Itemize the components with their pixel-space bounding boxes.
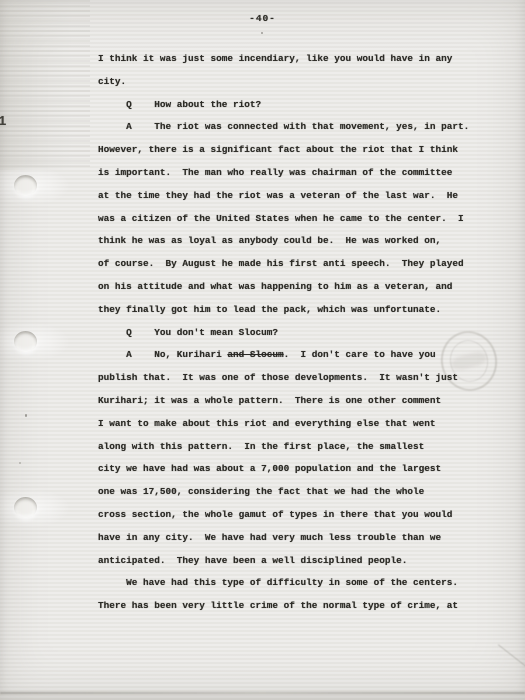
text-segment: is important. The man who really was cha…	[98, 167, 452, 178]
text-segment: have in any city. We have had very much …	[98, 532, 441, 543]
paper-bottom-edge	[0, 692, 525, 694]
text-segment: cross section, the whole gamut of types …	[98, 509, 452, 520]
text-line: on his attitude and what was happening t…	[98, 276, 498, 299]
text-segment: of course. By August he made his first a…	[98, 258, 464, 269]
text-line: think he was as loyal as anybody could b…	[98, 230, 498, 253]
page-number: -40-	[0, 13, 525, 24]
text-line: publish that. It was one of those develo…	[98, 367, 498, 390]
text-segment: think he was as loyal as anybody could b…	[98, 235, 441, 246]
margin-annotation: 1	[0, 114, 6, 130]
text-line: have in any city. We have had very much …	[98, 527, 498, 550]
text-segment: publish that. It was one of those develo…	[98, 372, 458, 383]
text-line: they finally got him to lead the pack, w…	[98, 299, 498, 322]
text-line: anticipated. They have been a well disci…	[98, 550, 498, 573]
text-segment: one was 17,500, considering the fact tha…	[98, 486, 424, 497]
text-line: of course. By August he made his first a…	[98, 253, 498, 276]
text-segment: Q You don't mean Slocum?	[98, 327, 278, 338]
text-line: cross section, the whole gamut of types …	[98, 504, 498, 527]
scanned-document-page: -40- 1 I think it was just some incendia…	[0, 0, 525, 700]
text-segment: along with this pattern. In the first pl…	[98, 441, 424, 452]
text-line: Q How about the riot?	[98, 94, 498, 117]
paper-crease	[498, 644, 525, 680]
text-line: Kurihari; it was a whole pattern. There …	[98, 390, 498, 413]
text-line: There has been very little crime of the …	[98, 595, 498, 618]
text-segment: There has been very little crime of the …	[98, 600, 458, 611]
ink-speck	[19, 462, 21, 464]
text-segment: they finally got him to lead the pack, w…	[98, 304, 441, 315]
text-segment: Q How about the riot?	[98, 99, 261, 110]
text-segment: city we have had was about a 7,000 popul…	[98, 463, 441, 474]
text-line: I want to make about this riot and every…	[98, 413, 498, 436]
embossed-punch-hole	[14, 175, 37, 196]
text-line: However, there is a significant fact abo…	[98, 139, 498, 162]
text-line: one was 17,500, considering the fact tha…	[98, 481, 498, 504]
text-line: along with this pattern. In the first pl…	[98, 436, 498, 459]
text-segment: However, there is a significant fact abo…	[98, 144, 458, 155]
text-segment: at the time they had the riot was a vete…	[98, 190, 458, 201]
struck-text: and Slocum	[227, 349, 283, 360]
paper-edge-texture	[0, 0, 90, 170]
text-segment: Kurihari; it was a whole pattern. There …	[98, 395, 441, 406]
embossed-punch-hole	[14, 497, 37, 518]
ink-speck	[25, 414, 27, 417]
text-line: A No, Kurihari and Slocum. I don't care …	[98, 344, 498, 367]
text-segment: We have had this type of difficulty in s…	[98, 577, 458, 588]
text-segment: . I don't care to have you	[284, 349, 436, 360]
text-line: at the time they had the riot was a vete…	[98, 185, 498, 208]
text-segment: city.	[98, 76, 126, 87]
text-line: city.	[98, 71, 498, 94]
text-line: I think it was just some incendiary, lik…	[98, 48, 498, 71]
text-line: We have had this type of difficulty in s…	[98, 572, 498, 595]
ink-speck	[261, 32, 263, 34]
text-segment: anticipated. They have been a well disci…	[98, 555, 407, 566]
text-line: city we have had was about a 7,000 popul…	[98, 458, 498, 481]
text-line: is important. The man who really was cha…	[98, 162, 498, 185]
text-line: Q You don't mean Slocum?	[98, 322, 498, 345]
text-segment: A The riot was connected with that movem…	[98, 121, 469, 132]
text-line: was a citizen of the United States when …	[98, 208, 498, 231]
embossed-punch-hole	[14, 331, 37, 352]
text-line: A The riot was connected with that movem…	[98, 116, 498, 139]
text-segment: was a citizen of the United States when …	[98, 213, 464, 224]
text-segment: on his attitude and what was happening t…	[98, 281, 452, 292]
text-segment: I want to make about this riot and every…	[98, 418, 436, 429]
text-segment: I think it was just some incendiary, lik…	[98, 53, 452, 64]
typewritten-text: I think it was just some incendiary, lik…	[98, 48, 498, 618]
text-segment: A No, Kurihari	[98, 349, 227, 360]
